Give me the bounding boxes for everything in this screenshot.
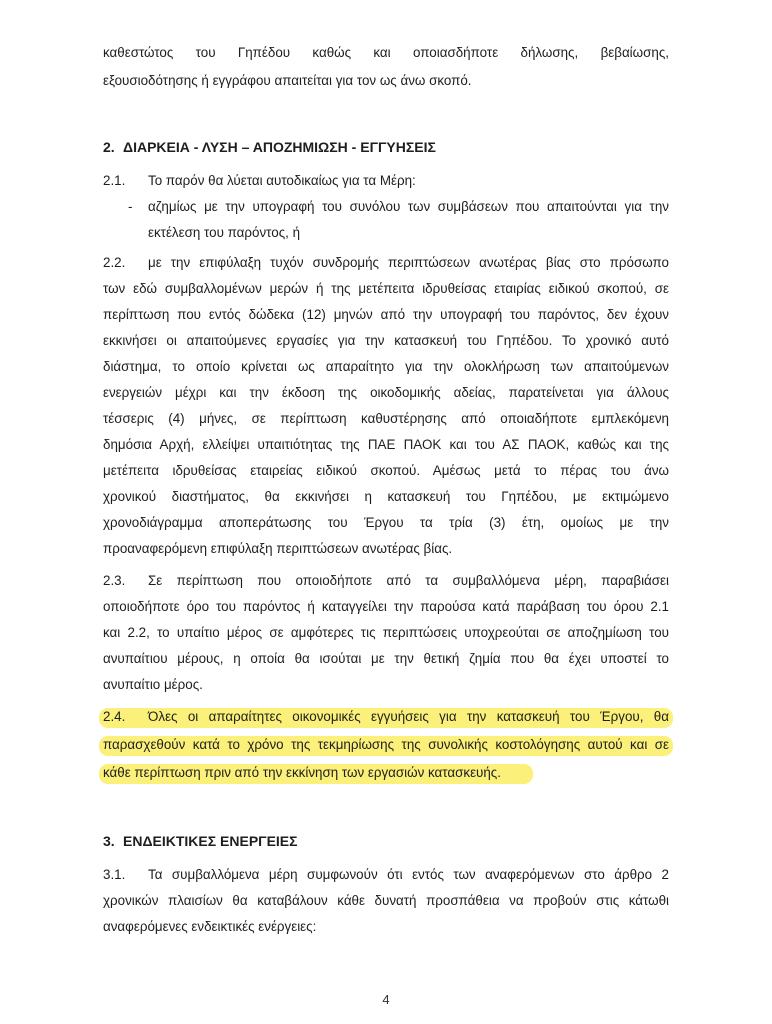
clause-line: ανυπαίτιο μέρος. <box>103 676 669 694</box>
clause-text: Το παρόν θα λύεται αυτοδικαίως για τα Μέ… <box>148 173 416 188</box>
clause-line: ανυπαίτιου μέρους, η οποία θα ισούται με… <box>103 650 669 668</box>
section-title: ΕΝΔΕΙΚΤΙΚΕΣ ΕΝΕΡΓΕΙΕΣ <box>123 833 298 849</box>
section-number: 3. <box>103 832 123 850</box>
section-2-heading: 2.ΔΙΑΡΚΕΙΑ - ΛΥΣΗ – ΑΠΟΖΗΜΙΩΣΗ - ΕΓΓΥΗΣΕ… <box>103 138 669 156</box>
section-title: ΔΙΑΡΚΕΙΑ - ΛΥΣΗ – ΑΠΟΖΗΜΙΩΣΗ - ΕΓΓΥΗΣΕΙΣ <box>123 139 436 155</box>
clause-line: με την επιφύλαξη τυχόν συνδρομής περιπτώ… <box>148 254 669 272</box>
clause-line: χρονικών πλαισίων θα καταβάλουν κάθε δυν… <box>103 892 669 910</box>
clause-line: Τα συμβαλλόμενα μέρη συμφωνούν ότι εντός… <box>148 866 669 884</box>
clause-line: και 2.2, το υπαίτιο μέρος σε αμφότερες τ… <box>103 624 669 642</box>
clause-line: χρονικού διαστήματος, θα εκκινήσει η κατ… <box>103 488 669 506</box>
clause-number: 2.3. <box>103 572 148 590</box>
section-number: 2. <box>103 138 123 156</box>
clause-line: αναφερόμενες ενδεικτικές ενέργειες: <box>103 918 669 936</box>
section-3-heading: 3.ΕΝΔΕΙΚΤΙΚΕΣ ΕΝΕΡΓΕΙΕΣ <box>103 832 669 850</box>
clause-line: τέσσερις (4) μήνες, σε περίπτωση καθυστέ… <box>103 410 669 428</box>
clause-line: περίπτωση που εντός δώδεκα (12) μηνών απ… <box>103 306 669 324</box>
clause-line: Σε περίπτωση που οποιοδήποτε από τα συμβ… <box>148 572 669 590</box>
clause-number: 2.2. <box>103 254 148 272</box>
clause-line: οποιοδήποτε όρο του παρόντος ή καταγγείλ… <box>103 598 669 616</box>
clause-line: χρονοδιάγραμμα αποπεράτωσης του Έργου τα… <box>103 514 669 532</box>
bullet-dash: - <box>128 198 138 216</box>
clause-line: των εδώ συμβαλλομένων μερών ή της μετέπε… <box>103 280 669 298</box>
clause-line: δημόσια Αρχή, ελλείψει υπαιτιότητας της … <box>103 436 669 454</box>
bullet-line: αζημίως με την υπογραφή του συνόλου των … <box>148 198 669 216</box>
clause-line: ενεργειών μέχρι και την έκδοση της οικοδ… <box>103 384 669 402</box>
highlighted-line: Όλες οι απαραίτητες οικονομικές εγγυήσει… <box>148 708 669 726</box>
clause-number: 2.1. <box>103 172 148 190</box>
clause-number: 2.4. <box>103 708 148 726</box>
paragraph-line: εξουσιοδότησης ή εγγράφου απαιτείται για… <box>103 72 669 90</box>
clause-line: διάστημα, το οποίο κρίνεται ως απαραίτητ… <box>103 358 669 376</box>
highlighted-line: παρασχεθούν κατά το χρόνο της τεκμηρίωση… <box>103 736 669 754</box>
bullet-line: εκτέλεση του παρόντος, ή <box>148 224 669 242</box>
clause-2-1: 2.1.Το παρόν θα λύεται αυτοδικαίως για τ… <box>103 172 669 190</box>
paragraph-line: καθεστώτος του Γηπέδου καθώς και οποιασδ… <box>103 44 669 62</box>
clause-line: εκκινήσει οι απαιτούμενες εργασίες για τ… <box>103 332 669 350</box>
highlighted-line: κάθε περίπτωση πριν από την εκκίνηση των… <box>103 764 669 782</box>
clause-number: 3.1. <box>103 866 148 884</box>
clause-line: προαναφερόμενη επιφύλαξη περιπτώσεων ανω… <box>103 540 669 558</box>
clause-line: μετέπειτα ιδρυθείσας εταιρείας ειδικού σ… <box>103 462 669 480</box>
page-number: 4 <box>0 992 772 1007</box>
